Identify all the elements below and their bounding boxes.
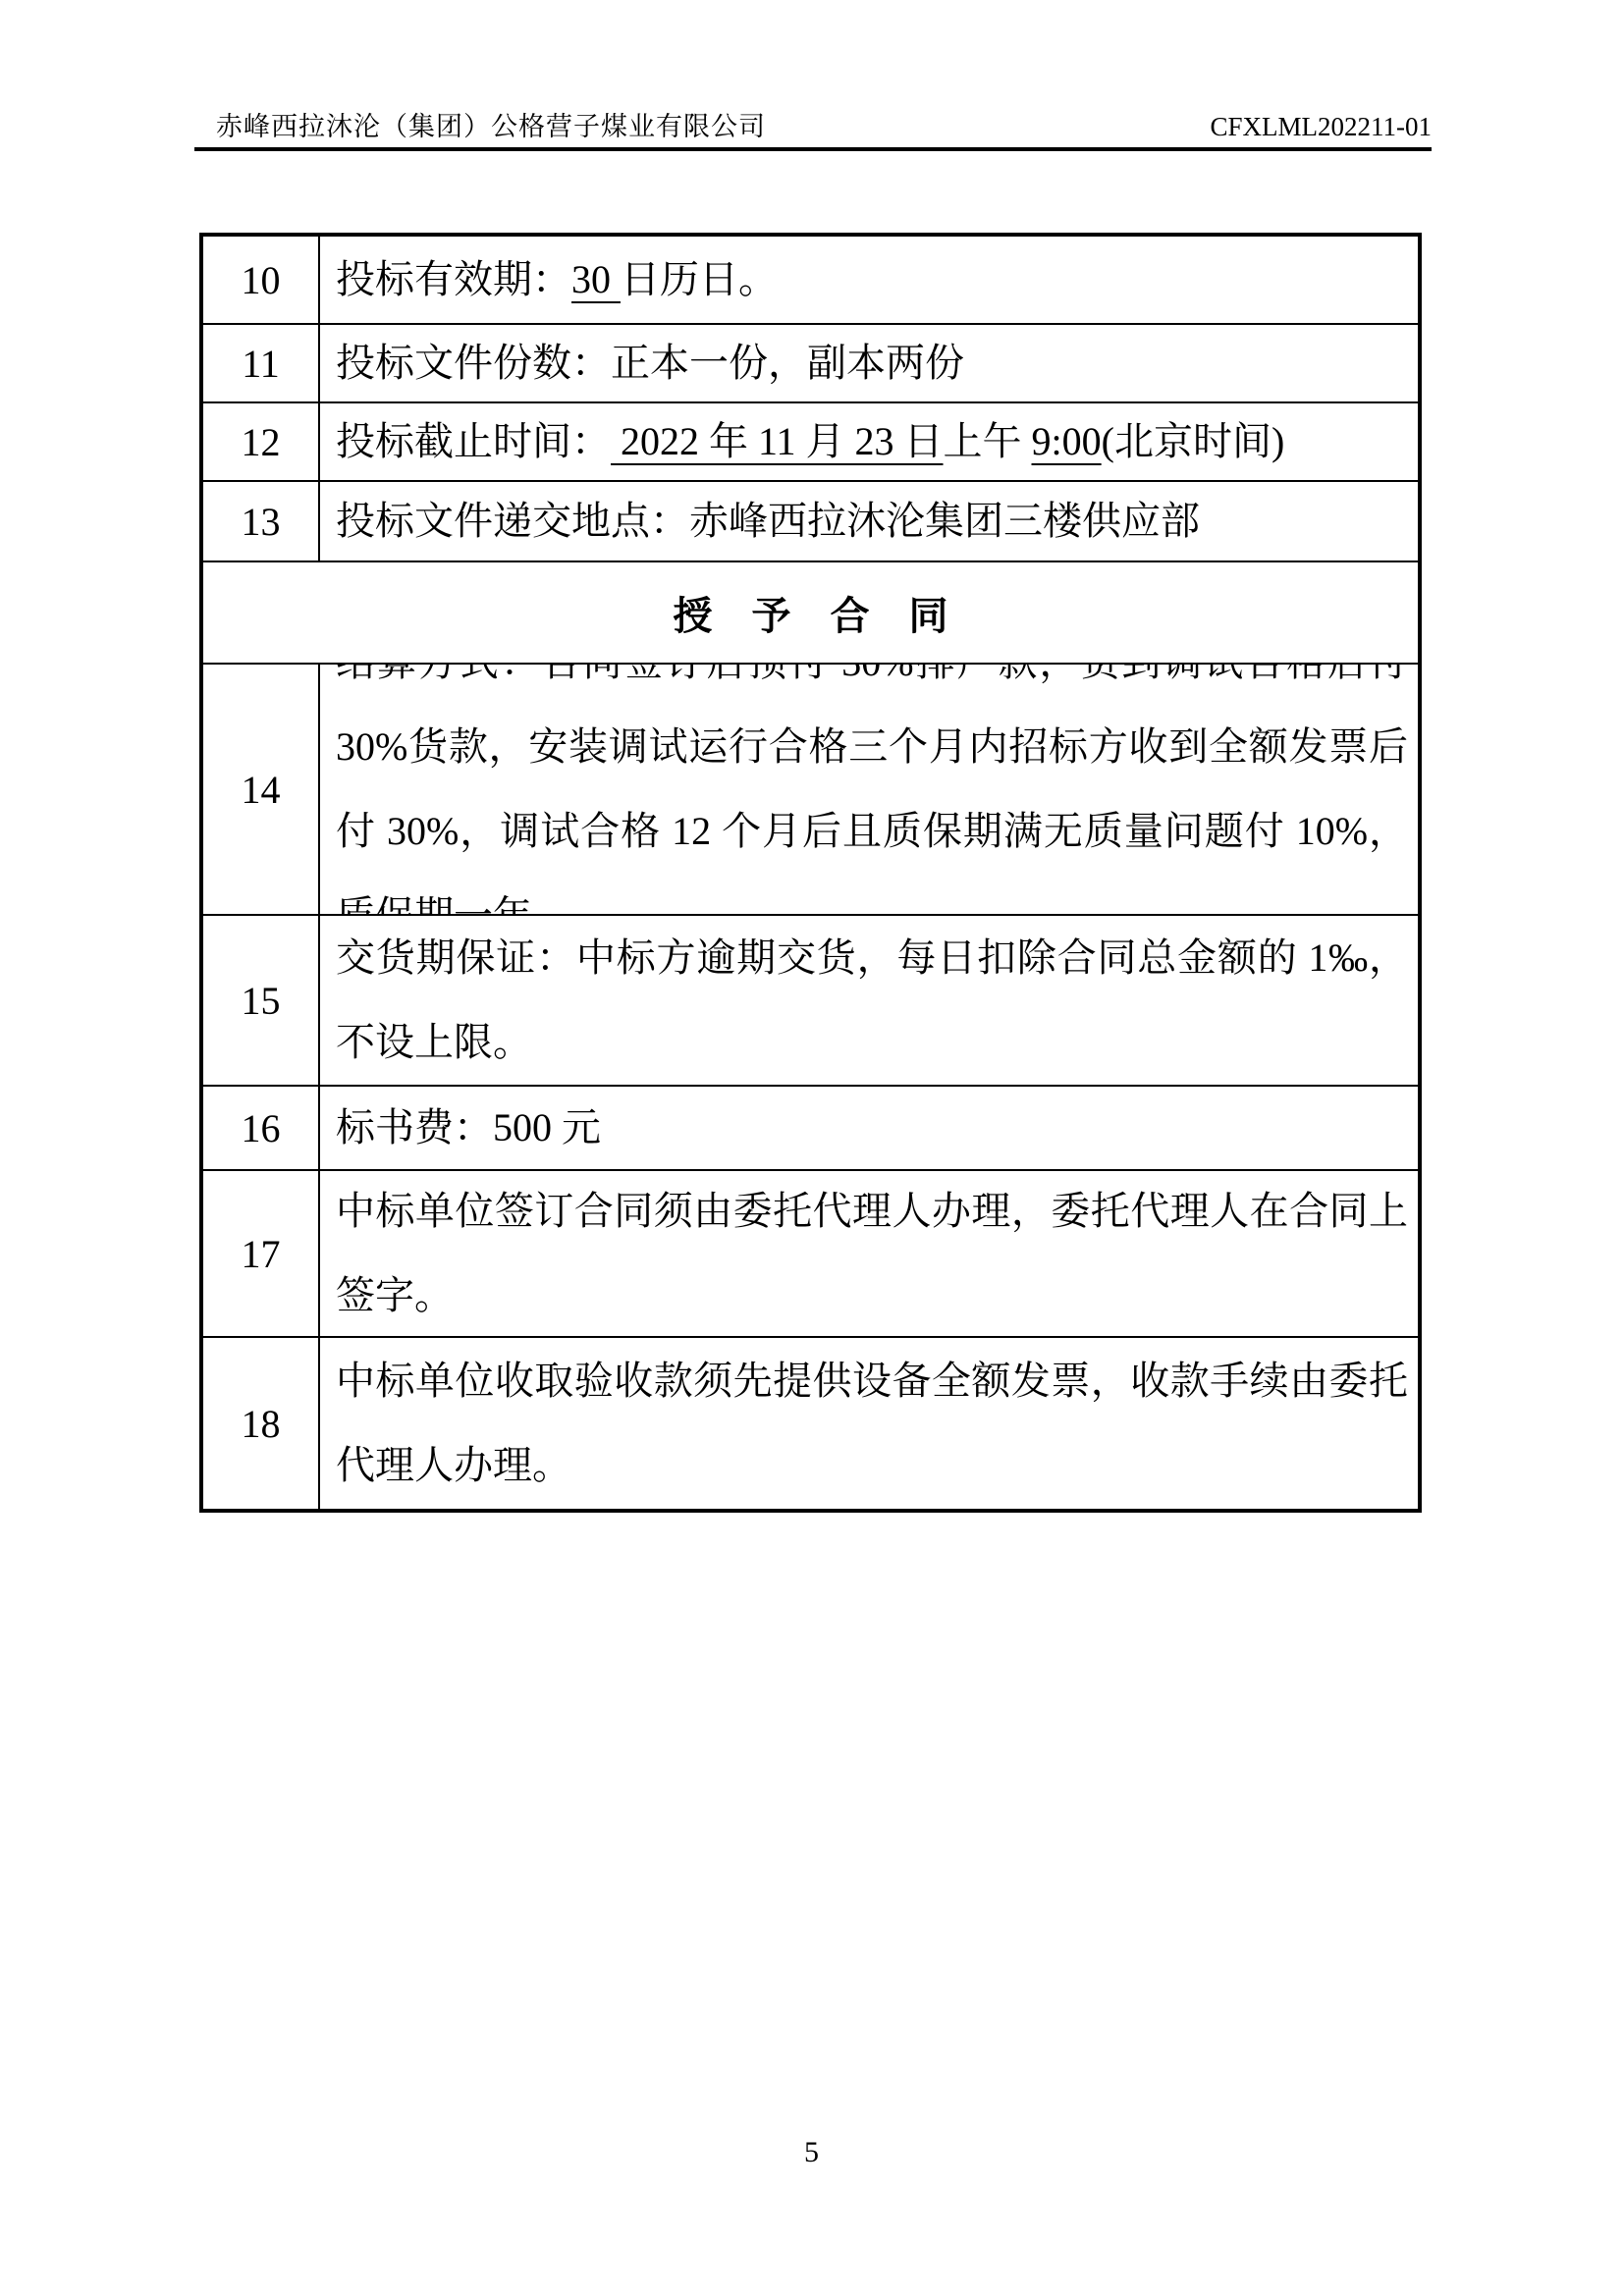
row-number: 10 [203,237,320,323]
row-text: 中标单位签订合同须由委托代理人办理，委托代理人在合同上签字。 [336,1171,1408,1336]
text-segment: 投标截止时间： [336,419,611,463]
company-name: 赤峰西拉沐沦（集团）公格营子煤业有限公司 [194,110,766,143]
row-text: 中标单位收取验收款须先提供设备全额发票，收款手续由委托代理人办理。 [336,1339,1408,1508]
row-text: 结算方式：合同签订后预付 30%排产款，货到调试合格后付 30%货款，安装调试运… [336,665,1408,914]
text-segment: 中标单位签订合同须由委托代理人办理，委托代理人在合同上签字。 [336,1189,1408,1317]
table-row: 10 投标有效期：30 日历日。 [203,237,1418,323]
page-header: 赤峰西拉沐沦（集团）公格营子煤业有限公司 CFXLML202211-01 [194,110,1432,143]
text-segment: 日历日。 [621,257,778,301]
row-content: 投标有效期：30 日历日。 [320,237,1418,323]
row-content: 中标单位收取验收款须先提供设备全额发票，收款手续由委托代理人办理。 [320,1338,1418,1509]
row-number: 12 [203,403,320,480]
text-segment: 投标文件份数：正本一份，副本两份 [336,341,964,385]
row-text: 标书费：500 元 [336,1087,1408,1169]
row-content: 结算方式：合同签订后预付 30%排产款，货到调试合格后付 30%货款，安装调试运… [320,665,1418,914]
row-text: 投标截止时间： 2022 年 11 月 23 日上午 9:00(北京时间) [336,403,1408,480]
row-text: 投标文件份数：正本一份，副本两份 [336,325,1408,401]
table-row: 12 投标截止时间： 2022 年 11 月 23 日上午 9:00(北京时间) [203,401,1418,480]
underlined-text: 9:00 [1032,419,1102,463]
text-segment: 结算方式：合同签订后预付 30%排产款，货到调试合格后付 30%货款，安装调试运… [336,665,1408,914]
table-row: 15 交货期保证：中标方逾期交货，每日扣除合同总金额的 1‰，不设上限。 [203,914,1418,1085]
text-segment: 交货期保证：中标方逾期交货，每日扣除合同总金额的 1‰，不设上限。 [336,935,1408,1064]
table-row: 14 结算方式：合同签订后预付 30%排产款，货到调试合格后付 30%货款，安装… [203,663,1418,914]
table-row: 16 标书费：500 元 [203,1085,1418,1169]
header-rule [194,147,1432,151]
text-segment: 标书费：500 元 [336,1105,601,1149]
row-number: 17 [203,1171,320,1336]
document-code: CFXLML202211-01 [1210,110,1432,143]
underlined-text: 2022 年 11 月 23 日 [611,419,944,463]
page-number: 5 [0,2136,1623,2169]
award-contract-title: 授 予 合 同 [203,562,1418,663]
document-page: 赤峰西拉沐沦（集团）公格营子煤业有限公司 CFXLML202211-01 10 … [0,0,1623,2296]
table-row: 11 投标文件份数：正本一份，副本两份 [203,323,1418,401]
row-text: 交货期保证：中标方逾期交货，每日扣除合同总金额的 1‰，不设上限。 [336,916,1408,1085]
text-segment: 中标单位收取验收款须先提供设备全额发票，收款手续由委托代理人办理。 [336,1359,1408,1487]
row-content: 投标截止时间： 2022 年 11 月 23 日上午 9:00(北京时间) [320,403,1418,480]
row-content: 投标文件份数：正本一份，副本两份 [320,325,1418,401]
text-segment: 上午 [944,419,1032,463]
underlined-text: 30 [571,257,621,301]
tender-info-table: 10 投标有效期：30 日历日。 11 投标文件份数：正本一份，副本两份 12 … [199,233,1422,1513]
row-number: 13 [203,482,320,561]
table-row: 18 中标单位收取验收款须先提供设备全额发票，收款手续由委托代理人办理。 [203,1336,1418,1509]
text-segment: 投标有效期： [336,257,571,301]
row-content: 中标单位签订合同须由委托代理人办理，委托代理人在合同上签字。 [320,1171,1418,1336]
row-number: 16 [203,1087,320,1169]
text-segment: 投标文件递交地点：赤峰西拉沐沦集团三楼供应部 [336,499,1200,543]
award-contract-section-row: 授 予 合 同 [203,561,1418,663]
row-text: 投标文件递交地点：赤峰西拉沐沦集团三楼供应部 [336,482,1408,561]
text-segment: (北京时间) [1102,419,1285,463]
row-number: 11 [203,325,320,401]
row-content: 标书费：500 元 [320,1087,1418,1169]
table-row: 13 投标文件递交地点：赤峰西拉沐沦集团三楼供应部 [203,480,1418,561]
row-number: 15 [203,916,320,1085]
row-number: 18 [203,1338,320,1509]
table-row: 17 中标单位签订合同须由委托代理人办理，委托代理人在合同上签字。 [203,1169,1418,1336]
row-text: 投标有效期：30 日历日。 [336,238,1408,322]
row-content: 交货期保证：中标方逾期交货，每日扣除合同总金额的 1‰，不设上限。 [320,916,1418,1085]
row-number: 14 [203,665,320,914]
row-content: 投标文件递交地点：赤峰西拉沐沦集团三楼供应部 [320,482,1418,561]
